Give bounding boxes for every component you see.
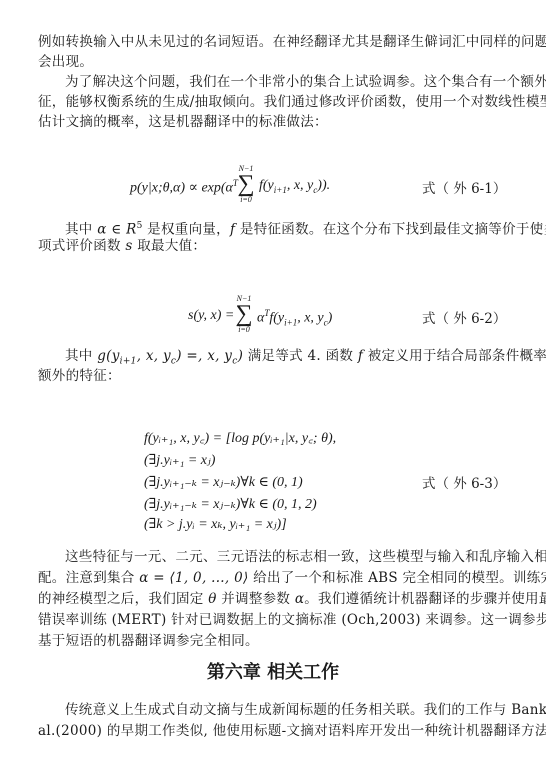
equation-3-line-2: (∃j.yᵢ₊₁ = xⱼ) (144, 452, 215, 469)
paragraph-3-line-2: 项式评价函数 s 取最大值： (38, 236, 494, 256)
paragraph-1-line-2: 会出现。 (38, 52, 494, 72)
equation-1-lhs: p(y|x;θ,α) ∝ exp(α (130, 181, 233, 196)
paragraph-2-line-3: 估计文摘的概率，这是机器翻译中的标准做法： (38, 112, 494, 132)
equation-3-line-4: (∃j.yᵢ₊₁₋ₖ = xⱼ₋ₖ)∀k ∈ (0, 1, 2) (144, 496, 317, 513)
paragraph-2-line-2: 征，能够权衡系统的生成/抽取倾向。我们通过修改评价函数，使用一个对数线性模型来 (38, 92, 494, 112)
equation-3-line-5: (∃k > j.yᵢ = xₖ, yᵢ₊₁ = xⱼ)] (144, 516, 287, 533)
paragraph-1-line-1: 例如转换输入中从未见过的名词短语。在神经翻译尤其是翻译生僻词汇中同样的问题也 (38, 32, 494, 52)
paragraph-5-line-2: 配。注意到集合 α = ⟨1, 0, ..., 0⟩ 给出了一个和标准 ABS … (38, 568, 494, 588)
chapter-heading: 第六章 相关工作 (0, 658, 546, 684)
equation-label: 式（ 外 6-3） (422, 472, 506, 492)
paragraph-4-line-2: 额外的特征： (38, 366, 494, 386)
paragraph-6-line-2: al.(2000) 的早期工作类似, 他使用标题-文摘对语料库开发出一种统计机器… (38, 721, 494, 741)
summation-symbol: N−1 ∑ i=0 (236, 164, 256, 204)
summation-symbol: N−1 ∑ i=0 (234, 294, 254, 334)
equation-3-line-3: (∃j.yᵢ₊₁₋ₖ = xⱼ₋ₖ)∀k ∈ (0, 1) (144, 474, 303, 491)
paragraph-5-line-1: 这些特征与一元、二元、三元语法的标志相一致，这些模型与输入和乱序输入相匹 (38, 547, 494, 567)
paragraph-5-line-5: 基于短语的机器翻译调参完全相同。 (38, 631, 494, 651)
equation-label: 式（ 外 6-1） (422, 177, 506, 197)
paragraph-5-line-3: 的神经模型之后，我们固定 θ 并调整参数 α。我们遵循统计机器翻译的步骤并使用最… (38, 589, 494, 609)
paragraph-5-line-4: 错误率训练 (MERT) 针对已调数据上的文摘标准 (Och,2003) 来调参… (38, 610, 494, 630)
paragraph-6-line-1: 传统意义上生成式自动文摘与生成新闻标题的任务相关联。我们的工作与 Banko e… (38, 700, 494, 720)
equation-3-line-1: f(yᵢ₊₁, x, y꜀) = [log p(yᵢ₊₁|x, y꜀; θ), (144, 428, 336, 447)
paragraph-2-line-1: 为了解决这个问题，我们在一个非常小的集合上试验调参。这个集合有一个额外特 (38, 72, 494, 92)
equation-label: 式（ 外 6-2） (422, 307, 506, 327)
